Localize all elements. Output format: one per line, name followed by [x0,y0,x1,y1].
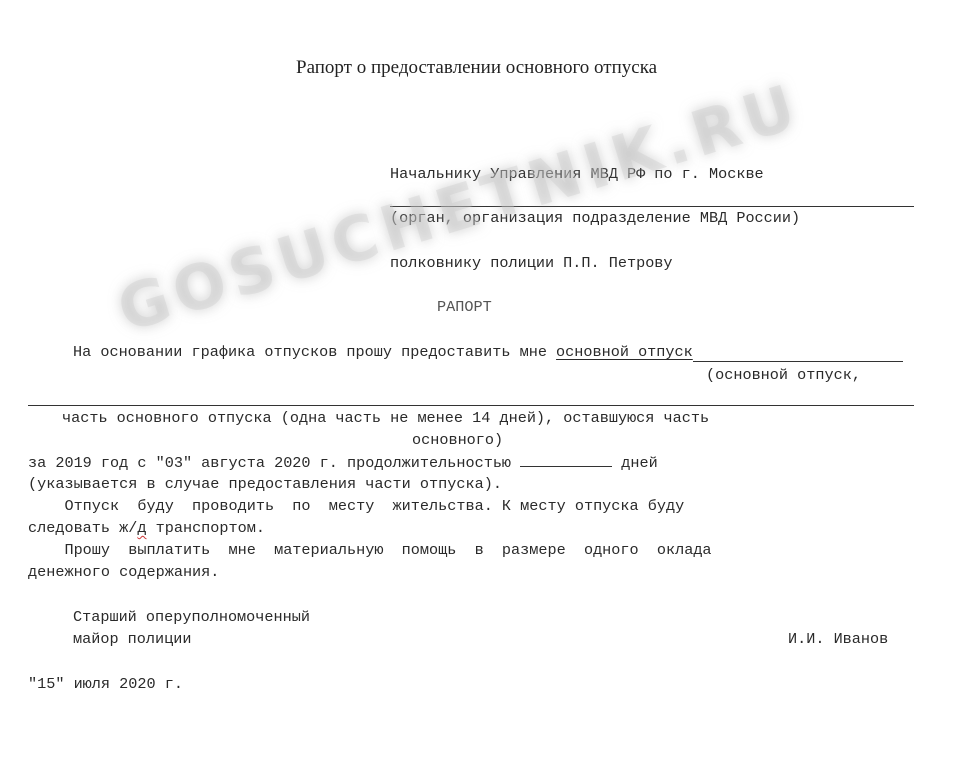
aid-line-2: денежного содержания. [28,561,219,583]
request-text: На основании графика отпусков прошу пред… [73,343,556,361]
document-date: "15" июля 2020 г. [28,673,183,695]
leave-type-hint-3: основного) [412,429,503,451]
period-text: за 2019 год с "03" августа 2020 г. продо… [28,454,520,472]
addressee-line: Начальнику Управления МВД РФ по г. Москв… [390,163,764,185]
period-hint: (указывается в случае предоставления час… [28,473,502,495]
signer-name: И.И. Иванов [788,628,888,650]
addressee-hint: (орган, организация подразделение МВД Ро… [390,207,800,229]
leave-type-hint-1: (основной отпуск, [706,364,861,386]
aid-line-1: Прошу выплатить мне материальную помощь … [28,539,712,561]
spellcheck-mark: д [137,519,146,537]
period-line: за 2019 год с "03" августа 2020 г. продо… [28,451,658,474]
request-line: На основании графика отпусков прошу пред… [73,341,693,363]
signer-rank: майор полиции [73,628,191,650]
document-title: Рапорт о предоставлении основного отпуск… [296,57,657,79]
leave-type-hint-2: часть основного отпуска (одна часть не м… [62,407,709,429]
signer-position: Старший оперуполномоченный [73,606,310,628]
place-text-c: транспортом. [147,519,265,537]
days-field [520,451,612,467]
leave-type-rule [693,361,903,362]
place-line-1: Отпуск буду проводить по месту жительств… [28,495,684,517]
leave-type-value: основной отпуск [556,343,693,361]
addressee-rank-name: полковнику полиции П.П. Петрову [390,252,673,274]
place-line-2: следовать ж/д транспортом. [28,517,265,539]
days-suffix: дней [612,454,658,472]
leave-type-full-rule [28,405,914,406]
document-heading: РАПОРТ [437,296,492,318]
place-text-a: следовать ж/ [28,519,137,537]
